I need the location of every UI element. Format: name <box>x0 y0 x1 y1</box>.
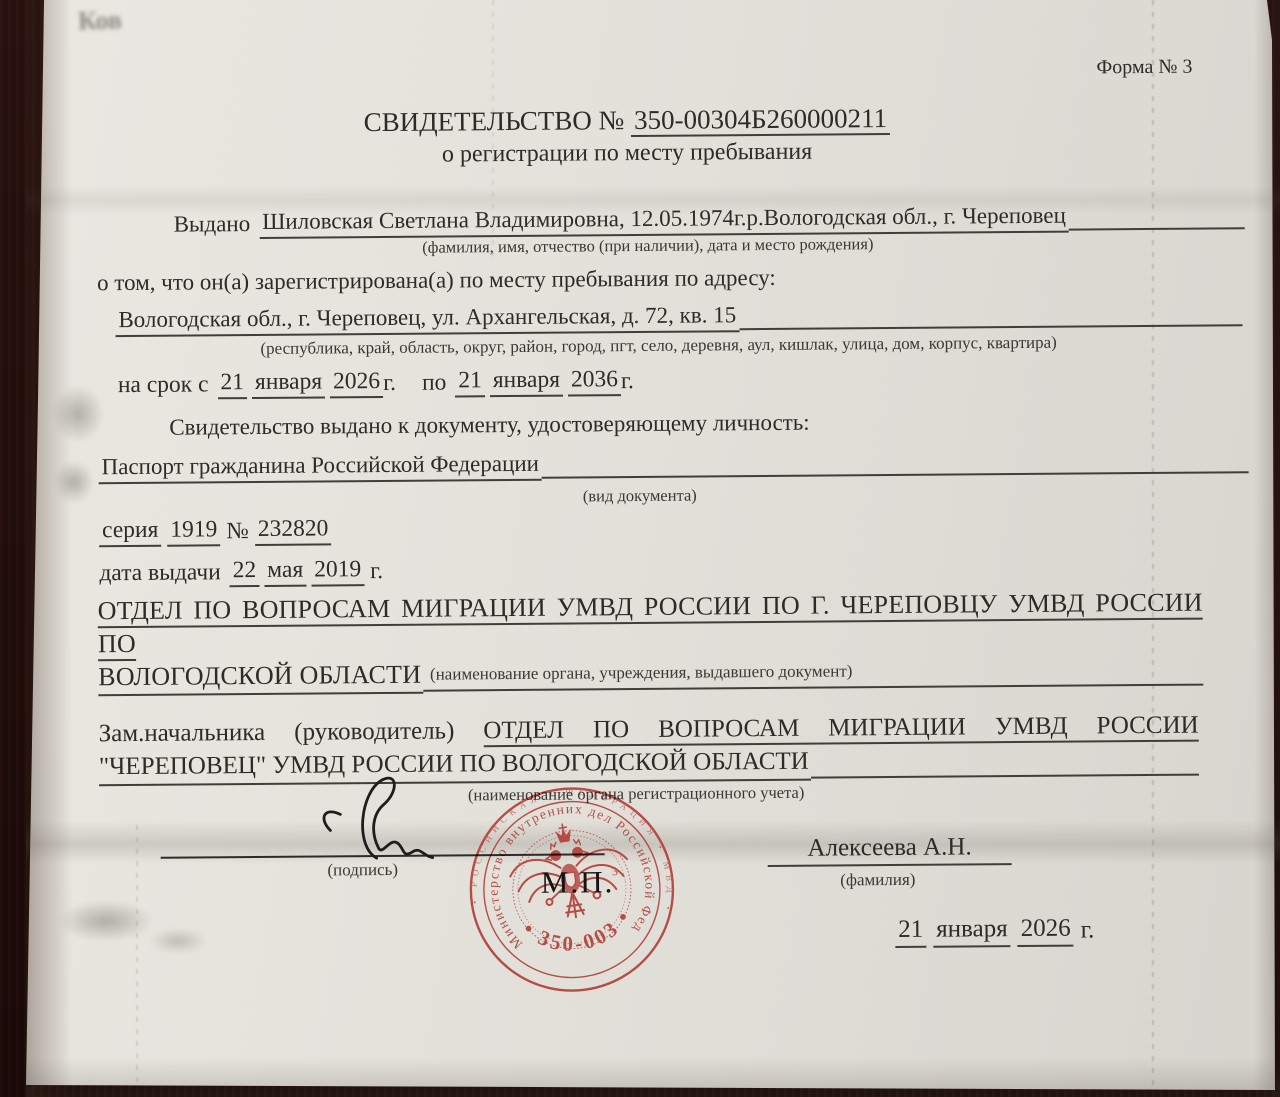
period-to-suffix: г. <box>621 366 634 396</box>
certificate-subtitle: о регистрации по месту пребывания <box>0 135 1257 172</box>
number-sign: № <box>226 516 249 546</box>
issued-value: Шиловская Светлана Владимировна, 12.05.1… <box>259 201 1069 239</box>
form-number-label: Форма № 3 <box>1096 56 1192 80</box>
issue-date-month: мая <box>264 555 306 587</box>
period-to-label: по <box>422 368 447 398</box>
issue-date-day: 22 <box>230 555 260 587</box>
photo-of-document: { "form_label": "Форма № 3", "title": { … <box>0 0 1280 1097</box>
signature-scribble <box>310 769 461 865</box>
issued-row: Выдано Шиловская Светлана Владимировна, … <box>174 199 1245 239</box>
blank-line <box>811 774 1199 779</box>
period-from-day: 21 <box>217 367 247 399</box>
issuing-authority-line1: ОТДЕЛ ПО ВОПРОСАМ МИГРАЦИИ УМВД РОССИИ П… <box>98 586 1203 661</box>
identity-document-row: Паспорт гражданина Российской Федерации <box>98 443 1248 484</box>
period-from-year: 2026 <box>330 366 383 398</box>
series-row: серия 1919 № 232820 <box>99 513 331 547</box>
identity-document-caption: (вид документа) <box>430 484 850 507</box>
series-label: серия <box>99 515 162 547</box>
certificate-title: СВИДЕТЕЛЬСТВО № 350-00304Б260000211 <box>0 100 1257 141</box>
issued-caption: (фамилия, имя, отчество (при наличии), д… <box>358 234 938 259</box>
final-date-month: января <box>933 913 1011 948</box>
issue-date-suffix: г. <box>370 556 383 586</box>
official-role: (руководитель) <box>294 717 454 745</box>
series-value: 1919 <box>167 514 220 546</box>
certificate-title-prefix: СВИДЕТЕЛЬСТВО № <box>364 105 625 137</box>
signer-name: Алексеева А.Н. <box>767 833 1011 867</box>
signature-caption: (подпись) <box>293 860 433 881</box>
issue-date-year: 2019 <box>311 554 364 586</box>
period-prefix: на срок с <box>118 369 209 400</box>
identity-document-value: Паспорт гражданина Российской Федерации <box>98 449 542 484</box>
final-date-suffix: г. <box>1081 914 1095 946</box>
issue-date-label: дата выдачи <box>99 557 221 588</box>
issue-date-row: дата выдачи 22 мая 2019 г. <box>99 554 383 588</box>
period-to-month: января <box>490 365 563 398</box>
stamp-place-label: М.П. <box>541 864 615 901</box>
document-intro: Свидетельство выдано к документу, удосто… <box>169 410 810 441</box>
official-org-line1: ОТДЕЛ ПО ВОПРОСАМ МИГРАЦИИ УМВД РОССИИ <box>483 712 1199 748</box>
period-from-suffix: г. <box>383 368 396 398</box>
document-content: Форма № 3 СВИДЕТЕЛЬСТВО № 350-00304Б2600… <box>0 0 1280 1097</box>
period-from-month: января <box>252 366 325 399</box>
period-to-year: 2036 <box>568 364 621 396</box>
signer-caption: (фамилия) <box>803 870 953 891</box>
address-row: Вологодская обл., г. Череповец, ул. Арха… <box>115 296 1242 337</box>
blank-line <box>423 684 1203 692</box>
final-date-day: 21 <box>895 914 926 948</box>
official-position: Зам.начальника <box>99 719 266 747</box>
issued-label: Выдано <box>174 209 251 240</box>
period-row: на срок с 21 января 2026 г. по 21 января… <box>118 364 634 400</box>
address-value: Вологодская обл., г. Череповец, ул. Арха… <box>115 300 739 337</box>
address-caption: (республика, край, область, округ, район… <box>149 332 1169 360</box>
statement-line: о том, что он(а) зарегистрирована(а) по … <box>97 265 776 296</box>
number-value: 232820 <box>255 513 332 546</box>
final-date-year: 2026 <box>1018 913 1074 947</box>
certificate-number: 350-00304Б260000211 <box>631 103 890 137</box>
blank-line <box>739 324 1242 330</box>
blank-line <box>542 471 1249 479</box>
final-date-row: 21 января 2026 г. <box>895 912 1094 948</box>
blank-line <box>1069 227 1245 230</box>
period-to-day: 21 <box>455 365 485 397</box>
